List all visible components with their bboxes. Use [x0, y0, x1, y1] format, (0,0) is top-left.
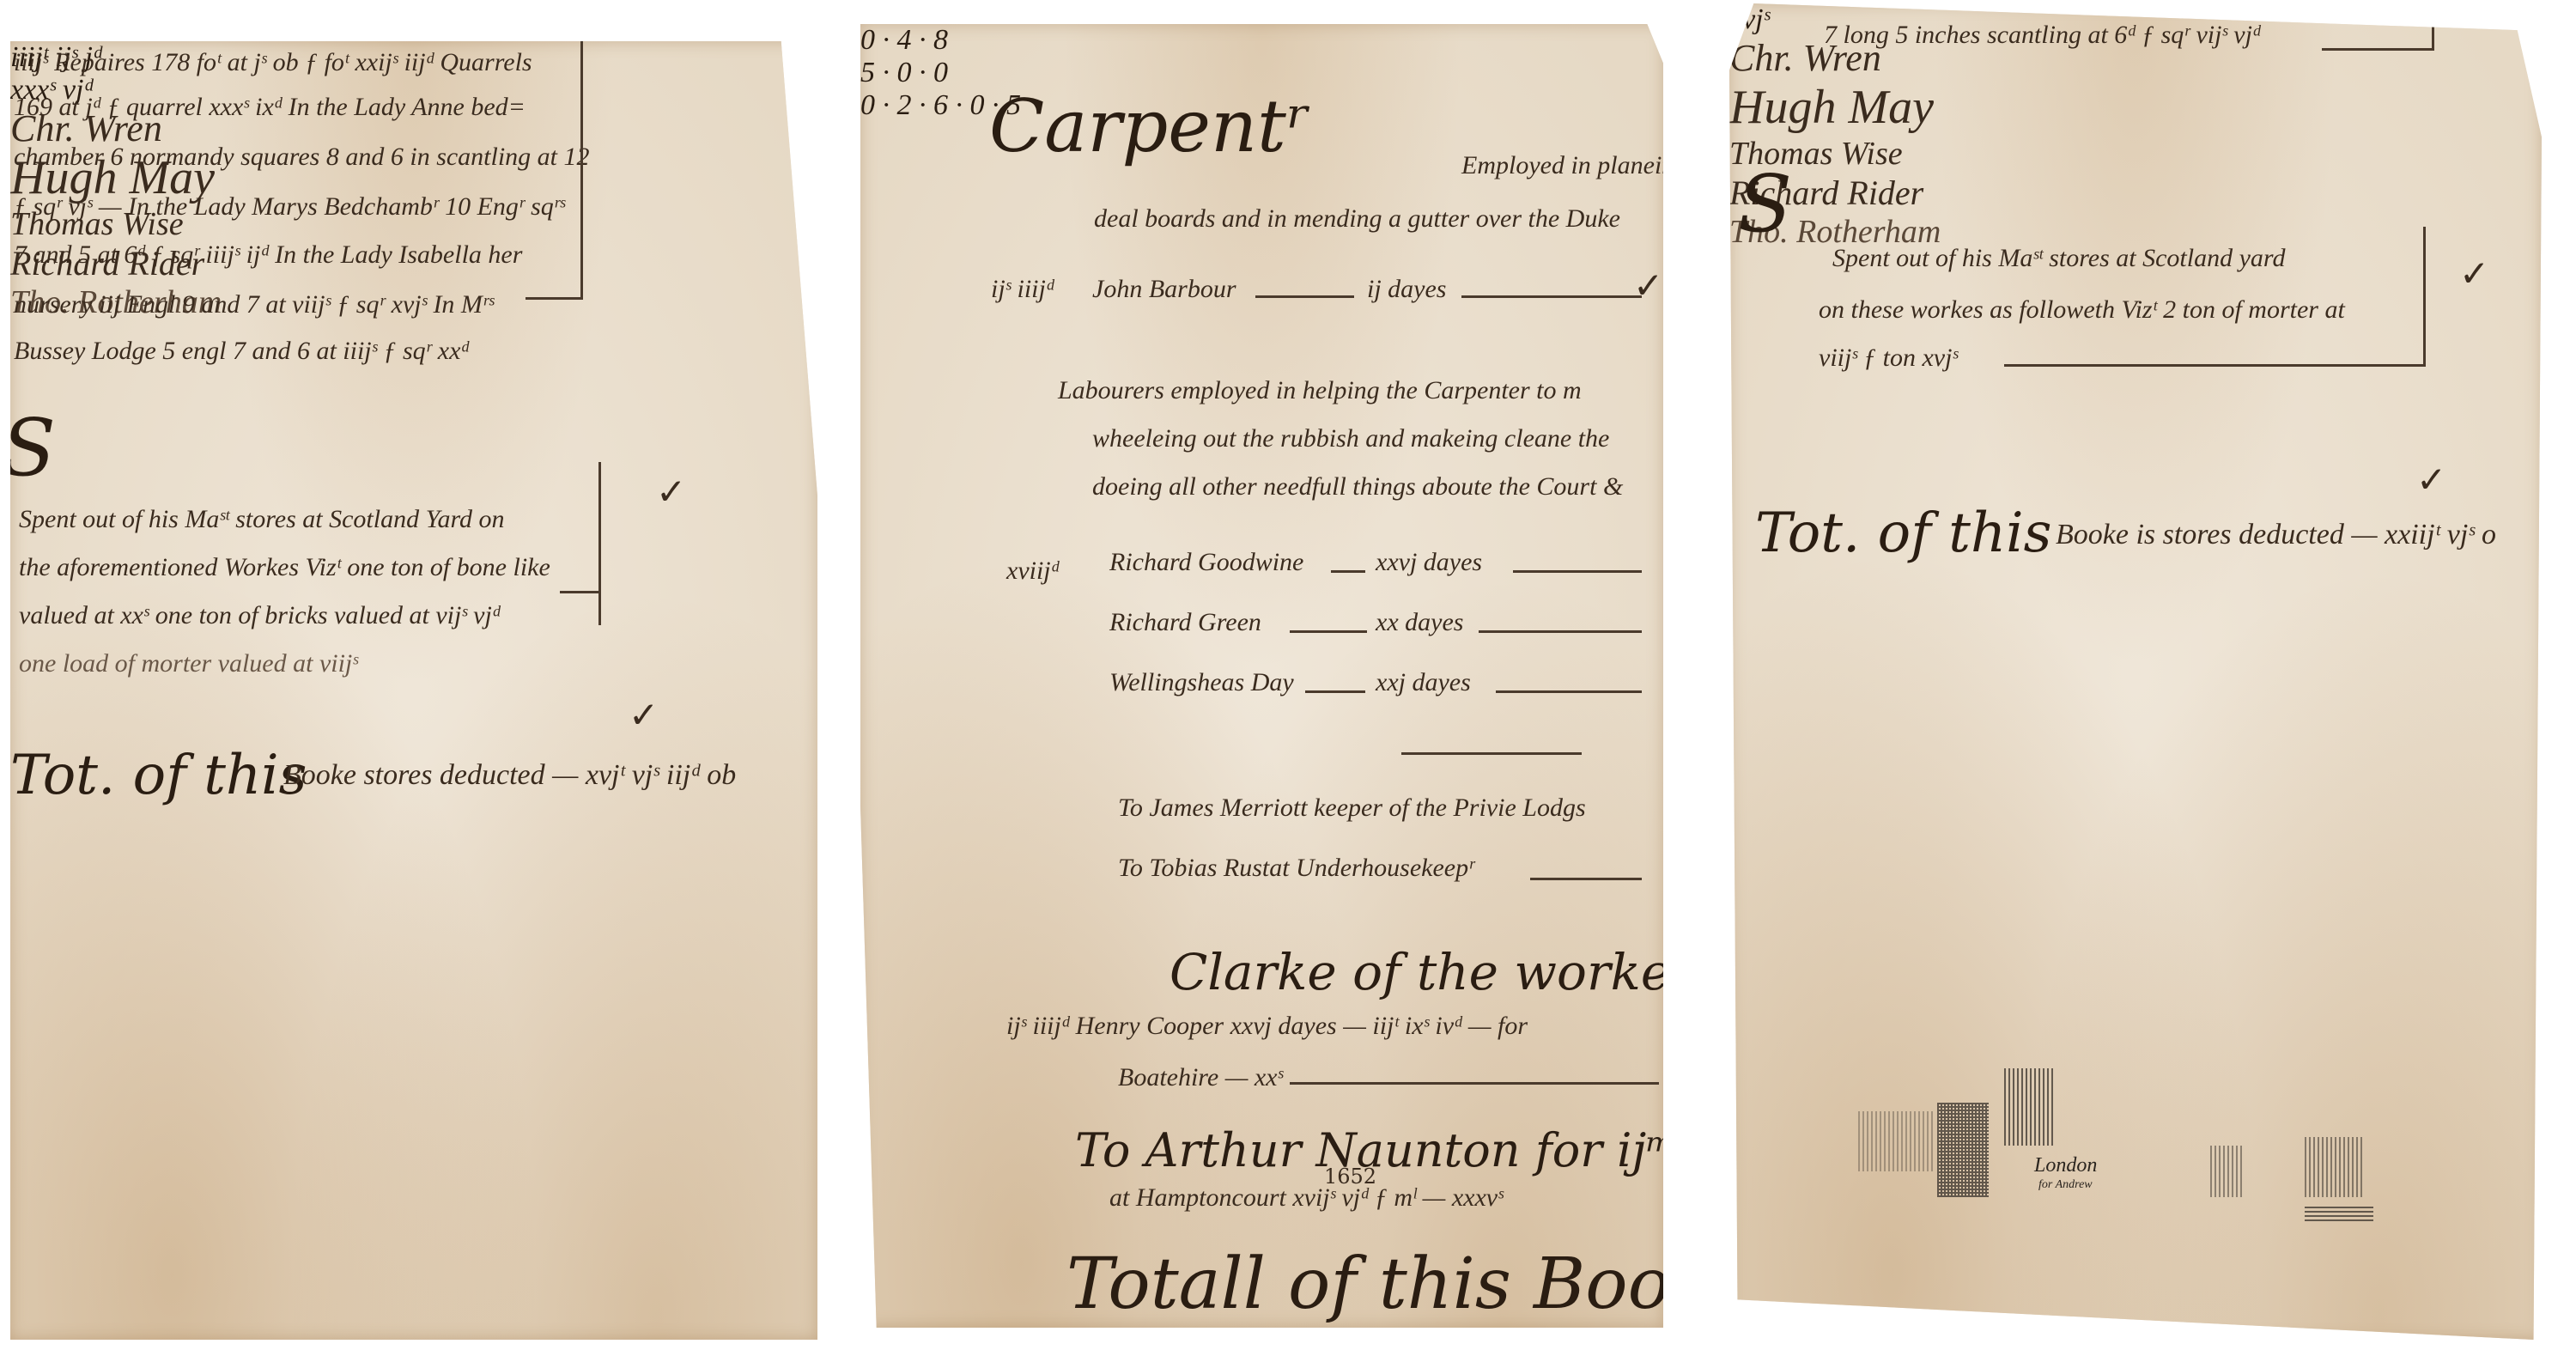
bracket-rule — [598, 462, 601, 625]
worker-name: Richard Green — [1109, 608, 1261, 637]
worker-days: xx dayes — [1376, 608, 1463, 637]
entry-line: 7 and 5 at 6ᵈ ƒ sqʳ iiijˢ ijᵈ In the Lad… — [14, 240, 522, 270]
clerk-line: Boatehire — xxˢ — [1118, 1063, 1283, 1092]
manuscript-page-left: iiijˢ Repaires 178 foᵗ at jˢ ob ƒ foᵗ xx… — [10, 41, 817, 1340]
worker-days: ij dayes — [1367, 275, 1446, 304]
engraving-landscape — [1858, 1111, 1935, 1171]
entry-line: ƒ sqʳ vjˢ — In the Lady Marys Bedchambʳ … — [14, 192, 565, 222]
bracket-rule — [2423, 227, 2426, 367]
engraving-columns — [2004, 1068, 2056, 1146]
subtotal: 0 · 4 · 8 — [860, 24, 1663, 57]
clerk-heading: Clarke of the worke — [1170, 943, 1670, 1001]
check-mark: ✓ — [2416, 459, 2446, 501]
engraving-base — [2305, 1204, 2373, 1221]
top-line: 7 long 5 inches scantling at 6ᵈ ƒ sqʳ vi… — [1824, 21, 2260, 50]
worker-name: Wellingsheas Day — [1109, 668, 1294, 697]
engraving-text-london: London — [2034, 1154, 2097, 1177]
labourers-line: Labourers employed in helping the Carpen… — [1058, 376, 1582, 405]
spent-line: Spent out of his Maˢᵗ stores at Scotland… — [1832, 244, 2285, 273]
check-mark: ✓ — [1633, 265, 1663, 307]
entry-line: nursery iij Engl 9 and 7 at viijˢ ƒ sqʳ … — [14, 290, 494, 319]
total-label: Tot. of this — [10, 744, 307, 807]
spent-line: valued at xxˢ one ton of bricks valued a… — [19, 601, 500, 630]
signature-may: Hugh May — [1729, 80, 2542, 135]
worker-name: Richard Goodwine — [1109, 548, 1303, 577]
manuscript-page-right: 7 long 5 inches scantling at 6ᵈ ƒ sqʳ vi… — [1729, 3, 2542, 1340]
clerk-line: ijˢ iiijᵈ Henry Cooper xxvj dayes — iijᵗ… — [1006, 1012, 1528, 1041]
row-rule — [1530, 878, 1642, 880]
entry-line: chamber 6 normandy squares 8 and 6 in sc… — [14, 143, 590, 172]
total-text: Booke stores deducted — xvjᵗ vjˢ iijᵈ ob — [283, 759, 736, 792]
bracket-rule — [560, 591, 598, 593]
check-mark: ✓ — [656, 471, 686, 513]
arthur-line: To Arthur Naunton for ijᵐ of bric — [1075, 1123, 1842, 1177]
grand-total-heading: Totall of this Boo — [1066, 1244, 1670, 1325]
spent-line: one load of morter valued at viijˢ — [19, 649, 358, 678]
total-text: Booke is stores deducted — xxiijᵗ vjˢ o — [2056, 519, 2496, 551]
manuscript-page-middle: Carpentʳ Employed in planeing deal board… — [860, 24, 1663, 1328]
intro-line: deal boards and in mending a gutter over… — [1094, 204, 1620, 234]
worker-days: xxj dayes — [1376, 668, 1471, 697]
row-rule — [1255, 295, 1354, 298]
worker-name: John Barbour — [1092, 275, 1236, 304]
signature-wise: Thomas Wise — [1729, 135, 2542, 173]
bracket-rule — [2004, 364, 2425, 367]
bracket-rule — [526, 297, 583, 300]
spent-line: Spent out of his Maˢᵗ stores at Scotland… — [19, 505, 505, 534]
engraving-figures — [2305, 1137, 2365, 1197]
row-rule — [1513, 570, 1642, 573]
row-rule — [1496, 690, 1642, 693]
arthur-sub: at Hamptoncourt xvijˢ vjᵈ ƒ mˡ — xxxvˢ — [1109, 1183, 1503, 1213]
total-label: Tot. of this — [1755, 502, 2051, 565]
keeper-line: To James Merriott keeper of the Privie L… — [1118, 794, 1586, 823]
check-mark: ✓ — [2459, 252, 2489, 295]
engraving-arch — [2210, 1146, 2245, 1197]
entry-line: Bussey Lodge 5 engl 7 and 6 at iiijˢ ƒ s… — [14, 337, 469, 366]
row-rule — [1290, 1082, 1659, 1085]
bracket-rule — [580, 41, 583, 299]
engraving-fragment-figures — [2210, 1111, 2399, 1231]
bracket-rule — [2432, 3, 2434, 51]
row-rule — [1479, 630, 1642, 633]
worker-days: xxvj dayes — [1376, 548, 1482, 577]
row-rule — [1290, 630, 1367, 633]
spent-line: on these workes as followeth Vizᵗ 2 ton … — [1819, 295, 2345, 325]
entry-line: iiijˢ Repaires 178 foᵗ at jˢ ob ƒ foᵗ xx… — [14, 48, 532, 77]
drop-cap: S — [1738, 158, 1792, 250]
row-rule — [1461, 295, 1642, 298]
labourers-line: doeing all other needfull things aboute … — [1092, 472, 1623, 502]
labourers-line: wheeleing out the rubbish and makeing cl… — [1092, 424, 1609, 453]
sum-rule — [1401, 752, 1582, 755]
keeper-line: To Tobias Rustat Underhousekeepʳ — [1118, 854, 1474, 883]
spent-line: the aforementioned Workes Vizᵗ one ton o… — [19, 553, 550, 582]
row-rule — [1331, 570, 1365, 573]
spent-line: viijˢ ƒ ton xvjˢ — [1819, 344, 1958, 373]
engraving-frame — [1937, 1103, 1989, 1197]
heading-note: Employed in planeing — [1461, 151, 1687, 180]
rate: ijˢ iiijᵈ — [991, 275, 1054, 304]
entry-line: 169 at jᵈ ƒ quarrel xxxˢ ixᵈ In the Lady… — [14, 93, 526, 122]
check-mark: ✓ — [629, 694, 659, 736]
bracket-rule — [2322, 48, 2433, 51]
row-rule — [1305, 690, 1365, 693]
engraving-fragment: London for Andrew — [1858, 1068, 2133, 1197]
engraving-text-publisher: for Andrew — [2038, 1178, 2093, 1192]
signature-rider: Richard Rider — [1729, 173, 2542, 213]
labourer-rate: xviijᵈ — [1006, 556, 1059, 586]
section-heading: Carpentʳ — [989, 84, 1311, 168]
drop-cap: S — [2, 402, 56, 494]
